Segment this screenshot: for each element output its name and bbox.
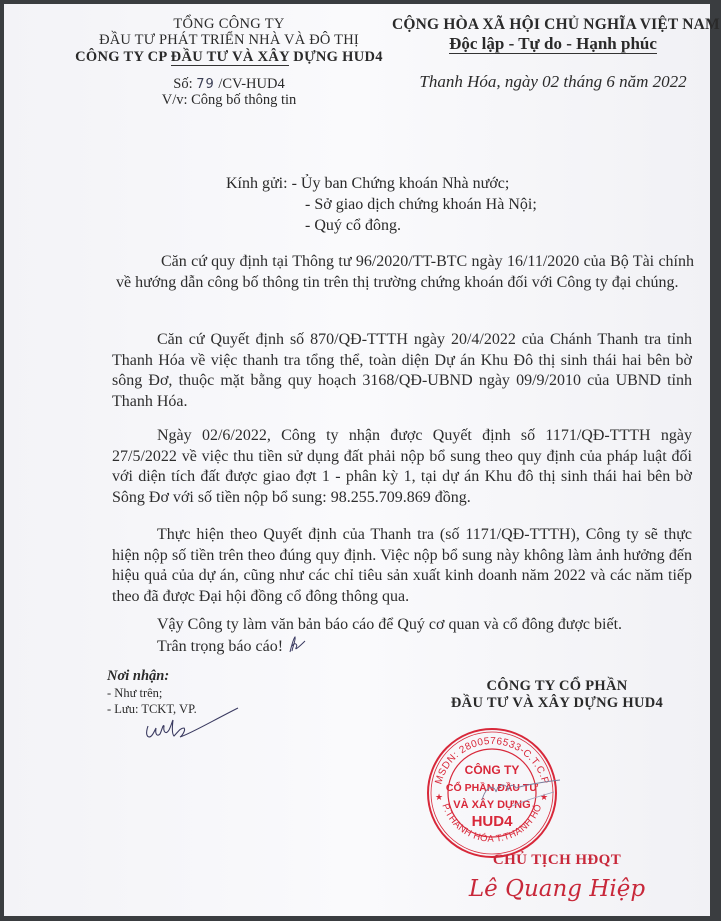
clerk-initials-icon <box>134 704 244 744</box>
company-name-prefix: CÔNG TY CP <box>75 49 171 65</box>
recipients: Kính gửi: - Ủy ban Chứng khoán Nhà nước;… <box>226 173 537 236</box>
paragraph-text: Ngày 02/6/2022, Công ty nhận được Quyết … <box>112 426 692 508</box>
recipient-item: - Quý cổ đông. <box>226 215 537 236</box>
national-motto: Độc lập - Tự do - Hạnh phúc <box>392 34 714 54</box>
svg-text:HUD4: HUD4 <box>472 813 513 830</box>
recipient-item: - Ủy ban Chứng khoán Nhà nước; <box>292 175 510 192</box>
signing-company-line1: CÔNG TY CỔ PHẦN <box>404 678 710 695</box>
svg-text:VÀ XÂY DỰNG: VÀ XÂY DỰNG <box>453 798 530 811</box>
recipients-label: Kính gửi: <box>226 175 292 192</box>
distribution-item: - Như trên; <box>107 685 197 701</box>
closing-statement: Vậy Công ty làm văn bản báo cáo để Quý c… <box>112 615 692 636</box>
national-motto-text: Độc lập - Tự do - Hạnh phúc <box>449 34 657 54</box>
closing-greeting: Trân trọng báo cáo! <box>112 636 692 658</box>
svg-text:★: ★ <box>540 792 548 802</box>
paragraph-text: Căn cứ quy định tại Thông tư 96/2020/TT-… <box>116 252 694 293</box>
company-seal-icon: MSDN: 2800576533-C.T.C.P TP.THANH HÓA T.… <box>422 726 562 860</box>
doc-number-suffix: /CV-HUD4 <box>215 76 285 92</box>
body-paragraph: Ngày 02/6/2022, Công ty nhận được Quyết … <box>112 426 692 508</box>
body-paragraph: Căn cứ Quyết định số 870/QĐ-TTTH ngày 20… <box>112 330 692 412</box>
svg-text:CÔNG TY: CÔNG TY <box>465 762 520 777</box>
company-name-underlined: ĐẦU TƯ VÀ XÂY <box>171 49 290 66</box>
national-title: CỘNG HÒA XÃ HỘI CHỦ NGHĨA VIỆT NAM <box>392 16 714 34</box>
initial-signature-icon <box>286 636 306 654</box>
recipient-item: - Sở giao dịch chứng khoán Hà Nội; <box>226 194 537 215</box>
document-subject: V/v: Công bố thông tin <box>64 92 394 109</box>
company-name: CÔNG TY CP ĐẦU TƯ VÀ XÂY DỰNG HUD4 <box>64 49 394 66</box>
company-name-suffix: DỰNG HUD4 <box>289 49 382 65</box>
paragraph-text: Căn cứ Quyết định số 870/QĐ-TTTH ngày 20… <box>112 330 692 412</box>
document-number: Số: 79 /CV-HUD4 <box>64 76 394 93</box>
svg-text:★: ★ <box>435 792 443 802</box>
signer-name: Lê Quang Hiệp <box>404 876 710 902</box>
doc-number-handwritten: 79 <box>196 77 215 92</box>
paragraph-text: Thực hiện theo Quyết định của Thanh tra … <box>112 525 692 607</box>
doc-number-label: Số: <box>173 76 196 92</box>
signer-title: CHỦ TỊCH HĐQT <box>404 852 710 869</box>
greeting-text: Trân trọng báo cáo! <box>157 638 283 655</box>
parent-company-line: TỔNG CÔNG TY <box>64 16 394 33</box>
signing-company-line2: ĐẦU TƯ VÀ XÂY DỰNG HUD4 <box>404 695 710 712</box>
paragraph-text: Vậy Công ty làm văn bản báo cáo để Quý c… <box>112 615 692 636</box>
document-page: TỔNG CÔNG TY ĐẦU TƯ PHÁT TRIỂN NHÀ VÀ ĐÔ… <box>4 4 710 916</box>
distribution-title: Nơi nhận: <box>107 668 169 684</box>
place-date: Thanh Hóa, ngày 02 tháng 6 năm 2022 <box>392 72 714 92</box>
body-paragraph: Thực hiện theo Quyết định của Thanh tra … <box>112 525 692 607</box>
body-paragraph: Căn cứ quy định tại Thông tư 96/2020/TT-… <box>116 252 694 293</box>
parent-company-name: ĐẦU TƯ PHÁT TRIỂN NHÀ VÀ ĐÔ THỊ <box>64 32 394 49</box>
